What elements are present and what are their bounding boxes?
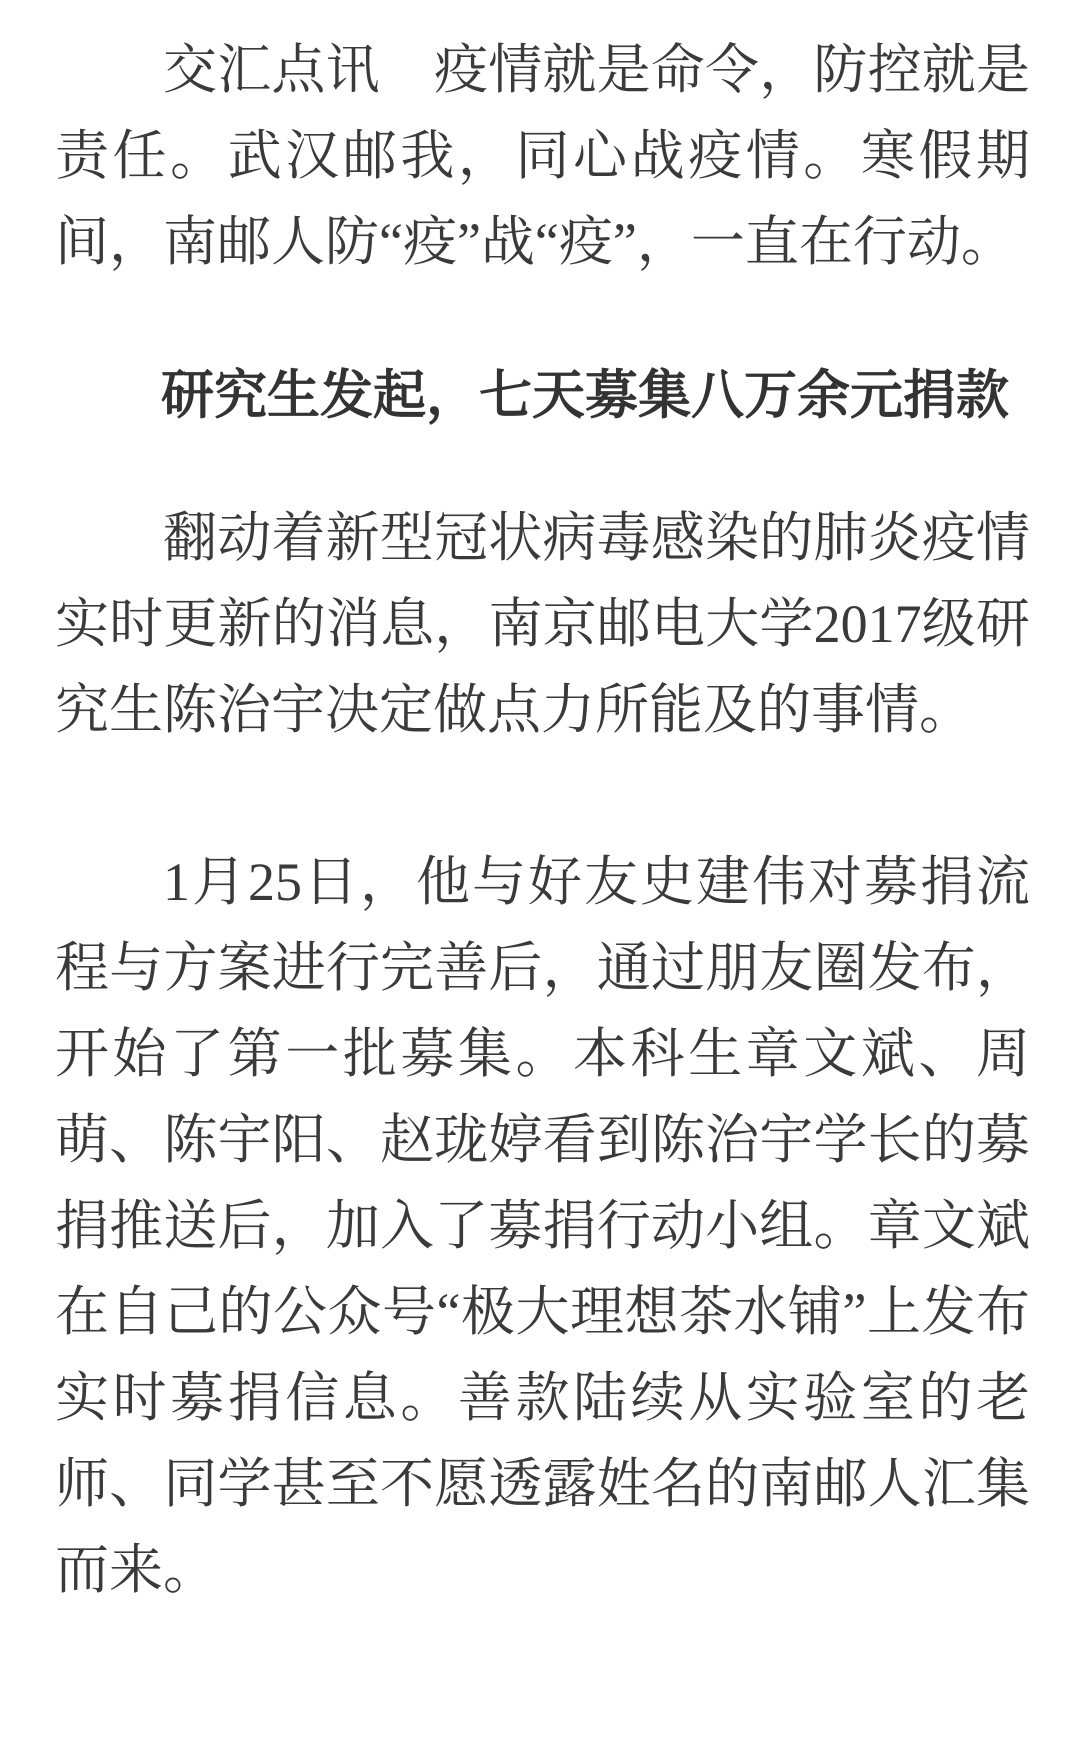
paragraph-initiator: 翻动着新型冠状病毒感染的肺炎疫情实时更新的消息，南京邮电大学2017级研究生陈治… xyxy=(55,495,1030,753)
paragraph-intro: 交汇点讯 疫情就是命令，防控就是责任。武汉邮我，同心战疫情。寒假期间，南邮人防“… xyxy=(55,27,1030,285)
article-page: 交汇点讯 疫情就是命令，防控就是责任。武汉邮我，同心战疫情。寒假期间，南邮人防“… xyxy=(0,0,1080,1744)
section-heading: 研究生发起，七天募集八万余元捐款 xyxy=(55,353,1030,439)
paragraph-fundraising: 1月25日，他与好友史建伟对募捐流程与方案进行完善后，通过朋友圈发布，开始了第一… xyxy=(55,839,1030,1613)
